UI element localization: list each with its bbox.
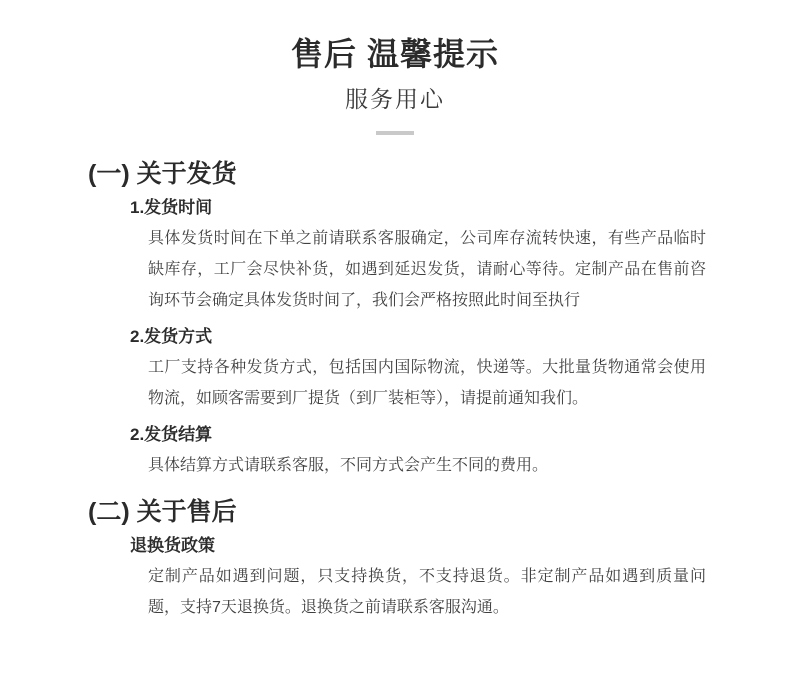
section-heading-shipping: (一) 关于发货 [88,159,704,189]
section-after-sales: (二) 关于售后 退换货政策 定制产品如遇到问题，只支持换货，不支持退货。非定制… [88,497,704,623]
section-shipping: (一) 关于发货 1.发货时间 具体发货时间在下单之前请联系客服确定，公司库存流… [88,159,704,481]
list-item: 2.发货结算 具体结算方式请联系客服，不同方式会产生不同的费用。 [130,424,704,481]
after-sales-notice-page: 售后 温馨提示 服务用心 (一) 关于发货 1.发货时间 具体发货时间在下单之前… [0,0,790,695]
item-label-return-policy: 退换货政策 [130,535,704,557]
item-text-shipping-method: 工厂支持各种发货方式，包括国内国际物流，快递等。大批量货物通常会使用物流，如顾客… [148,352,706,414]
item-text-shipping-time: 具体发货时间在下单之前请联系客服确定，公司库存流转快速，有些产品临时缺库存，工厂… [148,223,706,316]
list-item: 1.发货时间 具体发货时间在下单之前请联系客服确定，公司库存流转快速，有些产品临… [130,197,704,316]
notice-content: (一) 关于发货 1.发货时间 具体发货时间在下单之前请联系客服确定，公司库存流… [0,159,790,623]
item-label-shipping-time: 1.发货时间 [130,197,704,219]
item-label-shipping-settlement: 2.发货结算 [130,424,704,446]
page-subtitle: 服务用心 [0,86,790,113]
item-label-shipping-method: 2.发货方式 [130,326,704,348]
list-item: 退换货政策 定制产品如遇到问题，只支持换货，不支持退货。非定制产品如遇到质量问题… [130,535,704,623]
section-heading-after-sales: (二) 关于售后 [88,497,704,527]
page-title: 售后 温馨提示 [0,36,790,72]
item-text-return-policy: 定制产品如遇到问题，只支持换货，不支持退货。非定制产品如遇到质量问题，支持7天退… [148,561,706,623]
notice-header: 售后 温馨提示 服务用心 [0,0,790,135]
list-item: 2.发货方式 工厂支持各种发货方式，包括国内国际物流，快递等。大批量货物通常会使… [130,326,704,414]
header-divider [376,131,414,135]
item-text-shipping-settlement: 具体结算方式请联系客服，不同方式会产生不同的费用。 [148,450,706,481]
